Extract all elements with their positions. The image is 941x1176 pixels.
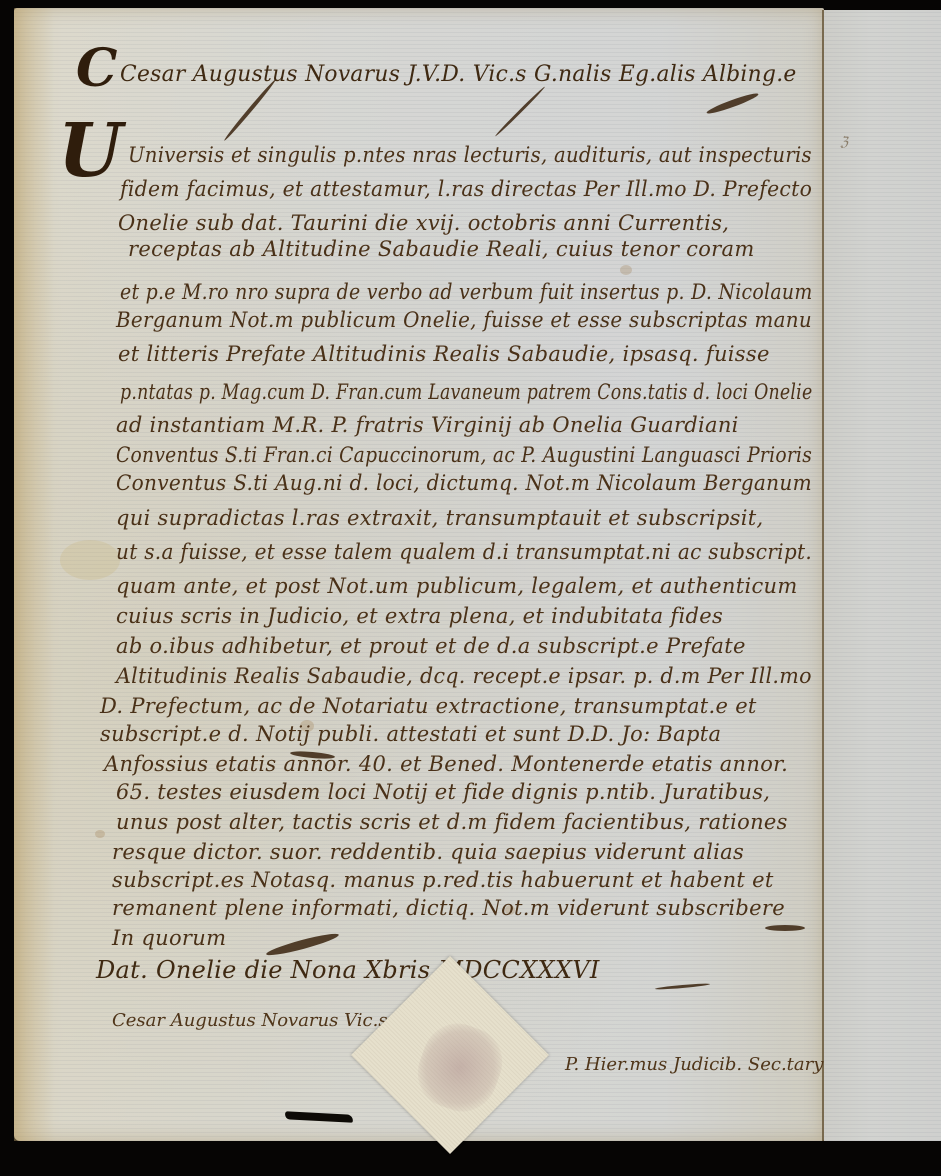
manuscript-line-21: 65. testes eiusdem loci Notij et fide di…	[116, 780, 770, 804]
manuscript-line-4: receptas ab Altitudine Sabaudie Reali, c…	[128, 237, 755, 261]
dating-clause: Dat. Onelie die Nona Xbris MDCCXXXVI	[96, 956, 600, 984]
page-fold-line	[822, 10, 824, 1141]
manuscript-line-15: cuius scris in Judicio, et extra plena, …	[116, 604, 723, 628]
manuscript-line-14: quam ante, et post Not.um publicum, lega…	[116, 574, 798, 598]
manuscript-line-6: Berganum Not.m publicum Onelie, fuisse e…	[116, 308, 812, 332]
manuscript-line-26: In quorum	[112, 926, 226, 950]
decorated-initial-u: U	[58, 108, 123, 194]
marginal-note: ℨ	[840, 135, 848, 150]
signature-secretary: P. Hier.mus Judicib. Sec.tary	[565, 1054, 823, 1075]
scanned-document: C Cesar Augustus Novarus J.V.D. Vic.s G.…	[0, 0, 941, 1176]
manuscript-line-24: subscript.es Notasq. manus p.red.tis hab…	[112, 868, 774, 892]
decorated-initial-c: C	[76, 38, 117, 99]
manuscript-line-22: unus post alter, tactis scris et d.m fid…	[116, 810, 788, 834]
ink-stain	[620, 265, 632, 275]
manuscript-line-19: subscript.e d. Notij publi. attestati et…	[100, 722, 721, 746]
manuscript-line-1: Universis et singulis p.ntes nras lectur…	[128, 143, 812, 167]
manuscript-line-25: remanent plene informati, dictiq. Not.m …	[112, 896, 785, 920]
manuscript-line-11: Conventus S.ti Aug.ni d. loci, dictumq. …	[116, 471, 812, 495]
manuscript-line-23: resque dictor. suor. reddentib. quia sae…	[112, 840, 744, 864]
document-heading: Cesar Augustus Novarus J.V.D. Vic.s G.na…	[120, 62, 812, 87]
manuscript-line-3: Onelie sub dat. Taurini die xvij. octobr…	[118, 211, 729, 235]
manuscript-line-12: qui supradictas l.ras extraxit, transump…	[116, 506, 763, 530]
pen-flourish	[765, 925, 805, 931]
manuscript-line-20: Anfossius etatis annor. 40. et Bened. Mo…	[104, 752, 788, 776]
manuscript-line-10: Conventus S.ti Fran.ci Capuccinorum, ac …	[116, 443, 812, 467]
blank-facing-leaf	[824, 10, 941, 1141]
ink-stain	[95, 830, 105, 838]
manuscript-line-16: ab o.ibus adhibetur, et prout et de d.a …	[116, 634, 746, 658]
manuscript-line-7: et litteris Prefate Altitudinis Realis S…	[118, 342, 770, 366]
manuscript-line-2: fidem facimus, et attestamur, l.ras dire…	[120, 177, 812, 201]
manuscript-line-17: Altitudinis Realis Sabaudie, dcq. recept…	[116, 664, 812, 688]
manuscript-line-5: et p.e M.ro nro supra de verbo ad verbum…	[120, 280, 813, 304]
manuscript-line-8: p.ntatas p. Mag.cum D. Fran.cum Lavaneum…	[120, 380, 812, 404]
ink-stain	[60, 540, 120, 580]
manuscript-line-9: ad instantiam M.R. P. fratris Virginij a…	[116, 413, 739, 437]
manuscript-line-18: D. Prefectum, ac de Notariatu extraction…	[100, 694, 757, 718]
manuscript-line-13: ut s.a fuisse, et esse talem qualem d.i …	[116, 540, 812, 564]
